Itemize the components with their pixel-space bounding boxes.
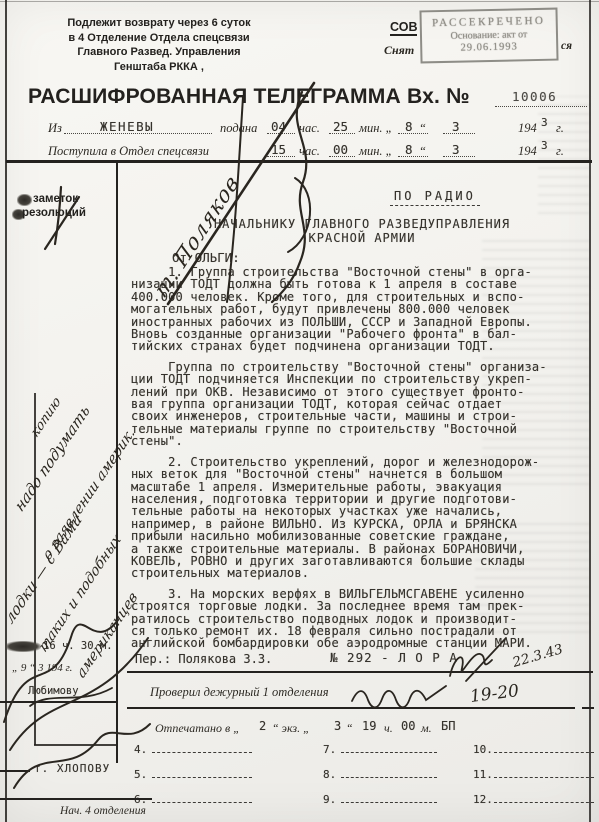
received-year-pre: 194 [518,144,537,159]
sent-day-underline [398,133,428,134]
list-number: 11. [473,768,493,781]
return-notice-line: Главного Развед. Управления [28,45,290,60]
margin-chief-label: Нач. 4 отделения [60,805,146,817]
sent-minutes-label: мин. „ [359,121,393,136]
list-number: 5. [134,768,147,781]
printed-label: Отпечатано в „ [155,721,240,736]
sent-day: 8 [405,119,413,134]
list-blank-line [152,777,252,778]
checked-underline-tail [582,707,594,709]
return-notice-line: в 4 Отделение Отдела спецсвязи [28,31,290,46]
return-notice: Подлежит возврату через 6 суток в 4 Отде… [28,16,290,74]
sent-minutes-underline [329,133,355,134]
list-blank-line [152,802,252,803]
duty-officer-signature [352,686,446,707]
classification-sya: ся [561,40,572,52]
margin-header-line2: резолюций [22,207,86,219]
sent-year-label: г. [556,121,564,136]
handwritten-time-mark: 19-20 [469,681,520,707]
sent-hours-underline [267,133,295,134]
list-blank-line [152,752,252,753]
page-title: РАСШИФРОВАННАЯ ТЕЛЕГРАММА Вх. № [28,84,470,109]
stamp-title: РАССЕКРЕЧЕНО [422,15,556,30]
translator-line: Пер.: Полякова З.З. [135,652,272,666]
list-number: 9. [323,793,336,806]
scan-top-border [0,1,599,2]
printed-hours: 19 [362,719,376,733]
sent-month: 3 [452,119,460,134]
list-number: 4. [134,743,147,756]
received-minutes: 00 [333,142,348,157]
sent-hours: 04 [271,119,286,134]
body-paragraph-1: 1. Группа строительства "Восточной стены… [131,266,596,353]
number-underline [495,106,587,107]
printed-copies: 2 [259,719,266,733]
received-label: Поступила в Отдел спецсвязи [48,144,209,159]
return-notice-line: Генштаба РККА , [28,60,290,75]
telegram-scan-page: Подлежит возврату через 6 суток в 4 Отде… [0,0,599,822]
received-month-underline [443,156,475,157]
sent-year-digit: 3 [541,116,548,129]
received-month: 3 [452,142,460,157]
scan-left-border [5,0,7,822]
received-minutes-label: мин. „ [359,144,393,159]
from-label: Из [48,121,62,136]
received-hours-label: час. [299,144,320,159]
translator-rule [127,671,593,673]
list-blank-line [494,802,594,803]
printed-day: 3 [334,719,341,733]
received-minutes-underline [329,156,355,157]
bleedthrough-noise [538,96,590,214]
checked-underline [127,707,575,709]
list-blank-line [341,802,437,803]
sent-year-pre: 194 [518,121,537,136]
margin-dash [0,770,30,772]
incoming-number: 10006 [512,89,557,104]
body-paragraph-3: 3. На морских верфях в ВИЛЬГЕЛЬМСГАВЕНЕ … [131,588,596,650]
from-city: ЖЕНЕВЫ [100,119,154,134]
from-city-underline [64,133,212,134]
printed-initials: БП [441,719,455,733]
ink-smudge [5,641,41,652]
ink-blot [17,194,32,206]
margin-box-bottom [34,744,117,746]
printed-day-quote: “ [346,721,353,736]
list-number: 8. [323,768,336,781]
doc-number: № 292 - Л О Р А [330,650,458,665]
received-day: 8 [405,142,413,157]
decrypted-date: „ 9 “ 3 194 г. [12,662,72,674]
checked-by-label: Проверил дежурный 1 отделения [150,685,329,700]
received-year-digit: 3 [541,139,548,152]
margin-name-top: Любимову [28,685,79,697]
printed-hours-label: ч. [384,721,393,736]
list-blank-line [341,777,437,778]
stamp-date: 29.06.1993 [422,41,556,55]
received-day-underline [398,156,428,157]
declassified-stamp: РАССЕКРЕЧЕНО Основание: акт от 29.06.199… [419,8,558,64]
received-year-label: г. [556,144,564,159]
list-blank-line [494,777,594,778]
return-notice-line: Подлежит возврату через 6 суток [28,16,290,31]
margin-name-bottom: т. ХЛОПОВУ [34,762,110,775]
classification-sov: СОВ [390,20,417,36]
list-blank-line [494,752,594,753]
classification-snat: Снят [384,43,414,58]
printed-minutes-label: м. [421,721,432,736]
printed-copies-label: “ экз. „ [272,721,310,736]
received-hours-underline [267,156,295,157]
telegram-body: 1. Группа строительства "Восточной стены… [131,266,596,658]
list-blank-line [341,752,437,753]
via-radio-label: По радио [394,189,476,203]
sent-label: подана [220,121,257,136]
sent-month-underline [443,133,475,134]
sent-minutes: 25 [333,119,348,134]
list-number: 7. [323,743,336,756]
body-paragraph-2: 2. Строительство укреплений, дорог и жел… [131,456,596,580]
via-radio-underline [390,205,480,206]
sent-hours-label: час. [299,121,320,136]
margin-rule [0,701,118,703]
printed-minutes: 00 [401,719,415,733]
list-number: 12. [473,793,493,806]
margin-rule [0,798,152,800]
header-rule [6,160,592,163]
body-paragraph-1b: Группа по строительству "Восточной стены… [131,361,596,448]
received-hours: 15 [271,142,286,157]
list-number: 10. [473,743,493,756]
margin-header-line1: заметок [33,193,78,205]
